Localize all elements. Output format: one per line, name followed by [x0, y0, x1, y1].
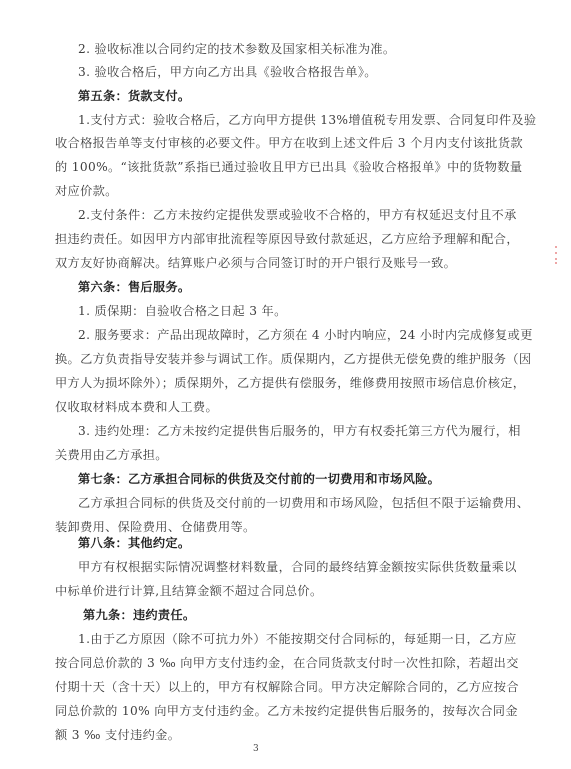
article-5-paragraph-2-line: 2.支付条件：乙方未按约定提供发票或验收不合格的，甲方有权延迟支付且不承	[78, 207, 498, 223]
article-9-item-1-line: 1.由于乙方原因（除不可抗力外）不能按期交付合同标的，每延期一日，乙方应	[78, 631, 498, 647]
article-6-item-3-line: 3. 违约处理：乙方未按约定提供售后服务的，甲方有权委托第三方代为履行，相	[78, 423, 498, 439]
article-6-item-2-line: 仅收取材料成本费和人工费。	[55, 399, 475, 415]
article-6-item-1: 1. 质保期：自验收合格之日起 3 年。	[78, 303, 498, 319]
margin-mark	[555, 258, 557, 260]
article-9-item-1-line: 按合同总价款的 3 ‰ 向甲方支付违约金，在合同货款支付时一次性扣除，若超出交	[55, 655, 475, 671]
margin-mark	[555, 246, 557, 248]
article-9-item-1-line: 付期十天（含十天）以上的，甲方有权解除合同。甲方决定解除合同的，乙方应按合	[55, 679, 475, 695]
article-7-paragraph-line: 装卸费用、保险费用、仓储费用等。	[55, 519, 475, 535]
article-7-heading: 第七条：乙方承担合同标的供货及交付前的一切费用和市场风险。	[78, 471, 498, 487]
article-6-item-3-line: 关费用由乙方承担。	[55, 447, 475, 463]
page-number: 3	[253, 744, 259, 754]
acceptance-item-3: 3. 验收合格后，甲方向乙方出具《验收合格报告单》。	[78, 64, 498, 80]
article-6-item-2-line: 2. 服务要求：产品出现故障时，乙方须在 4 小时内响应，24 小时内完成修复或…	[78, 327, 498, 343]
article-7-paragraph-line: 乙方承担合同标的供货及交付前的一切费用和市场风险，包括但不限于运输费用、	[78, 495, 498, 511]
article-5-paragraph-2-line: 担违约责任。如因甲方内部审批流程等原因导致付款延迟，乙方应给予理解和配合，	[55, 231, 475, 247]
article-5-paragraph-1-line: 收合格报告单等支付审核的必要文件。甲方在收到上述文件后 3 个月内支付该批货款	[55, 135, 475, 151]
article-9-item-1-line: 额 3 ‰ 支付违约金。	[55, 727, 475, 743]
article-5-paragraph-1-line: 对应价款。	[55, 183, 475, 199]
article-9-item-1-line: 同总价款的 10% 向甲方支付违约金。乙方未按约定提供售后服务的，按每次合同金	[55, 703, 475, 719]
article-5-paragraph-1-line: 1.支付方式：验收合格后，乙方向甲方提供 13%增值税专用发票、合同复印件及验	[78, 112, 498, 128]
article-5-paragraph-1-line: 的 100%。“该批货款”系指已通过验收且甲方已出具《验收合格报单》中的货物数量	[55, 159, 475, 175]
article-5-heading: 第五条：货款支付。	[78, 88, 498, 104]
margin-mark	[555, 252, 557, 254]
article-8-heading: 第八条：其他约定。	[78, 535, 498, 551]
document-page: 2. 验收标准以合同约定的技术参数及国家相关标准为准。 3. 验收合格后，甲方向…	[0, 0, 571, 769]
acceptance-item-2: 2. 验收标准以合同约定的技术参数及国家相关标准为准。	[78, 41, 498, 57]
article-9-heading: 第九条：违约责任。	[83, 607, 503, 623]
margin-mark	[555, 262, 557, 264]
article-6-item-2-line: 甲方人为损坏除外）；质保期外，乙方提供有偿服务，维修费用按照市场信息价核定，	[55, 375, 475, 391]
article-8-paragraph-line: 甲方有权根据实际情况调整材料数量，合同的最终结算金额按实际供货数量乘以	[78, 559, 498, 575]
article-6-heading: 第六条：售后服务。	[78, 279, 498, 295]
article-5-paragraph-2-line: 双方友好协商解决。结算账户必须与合同签订时的开户银行及账号一致。	[55, 255, 475, 271]
article-6-item-2-line: 换。乙方负责指导安装并参与调试工作。质保期内，乙方提供无偿免费的维护服务（因	[55, 351, 475, 367]
article-8-paragraph-line: 中标单价进行计算,且结算金额不超过合同总价。	[55, 583, 475, 599]
